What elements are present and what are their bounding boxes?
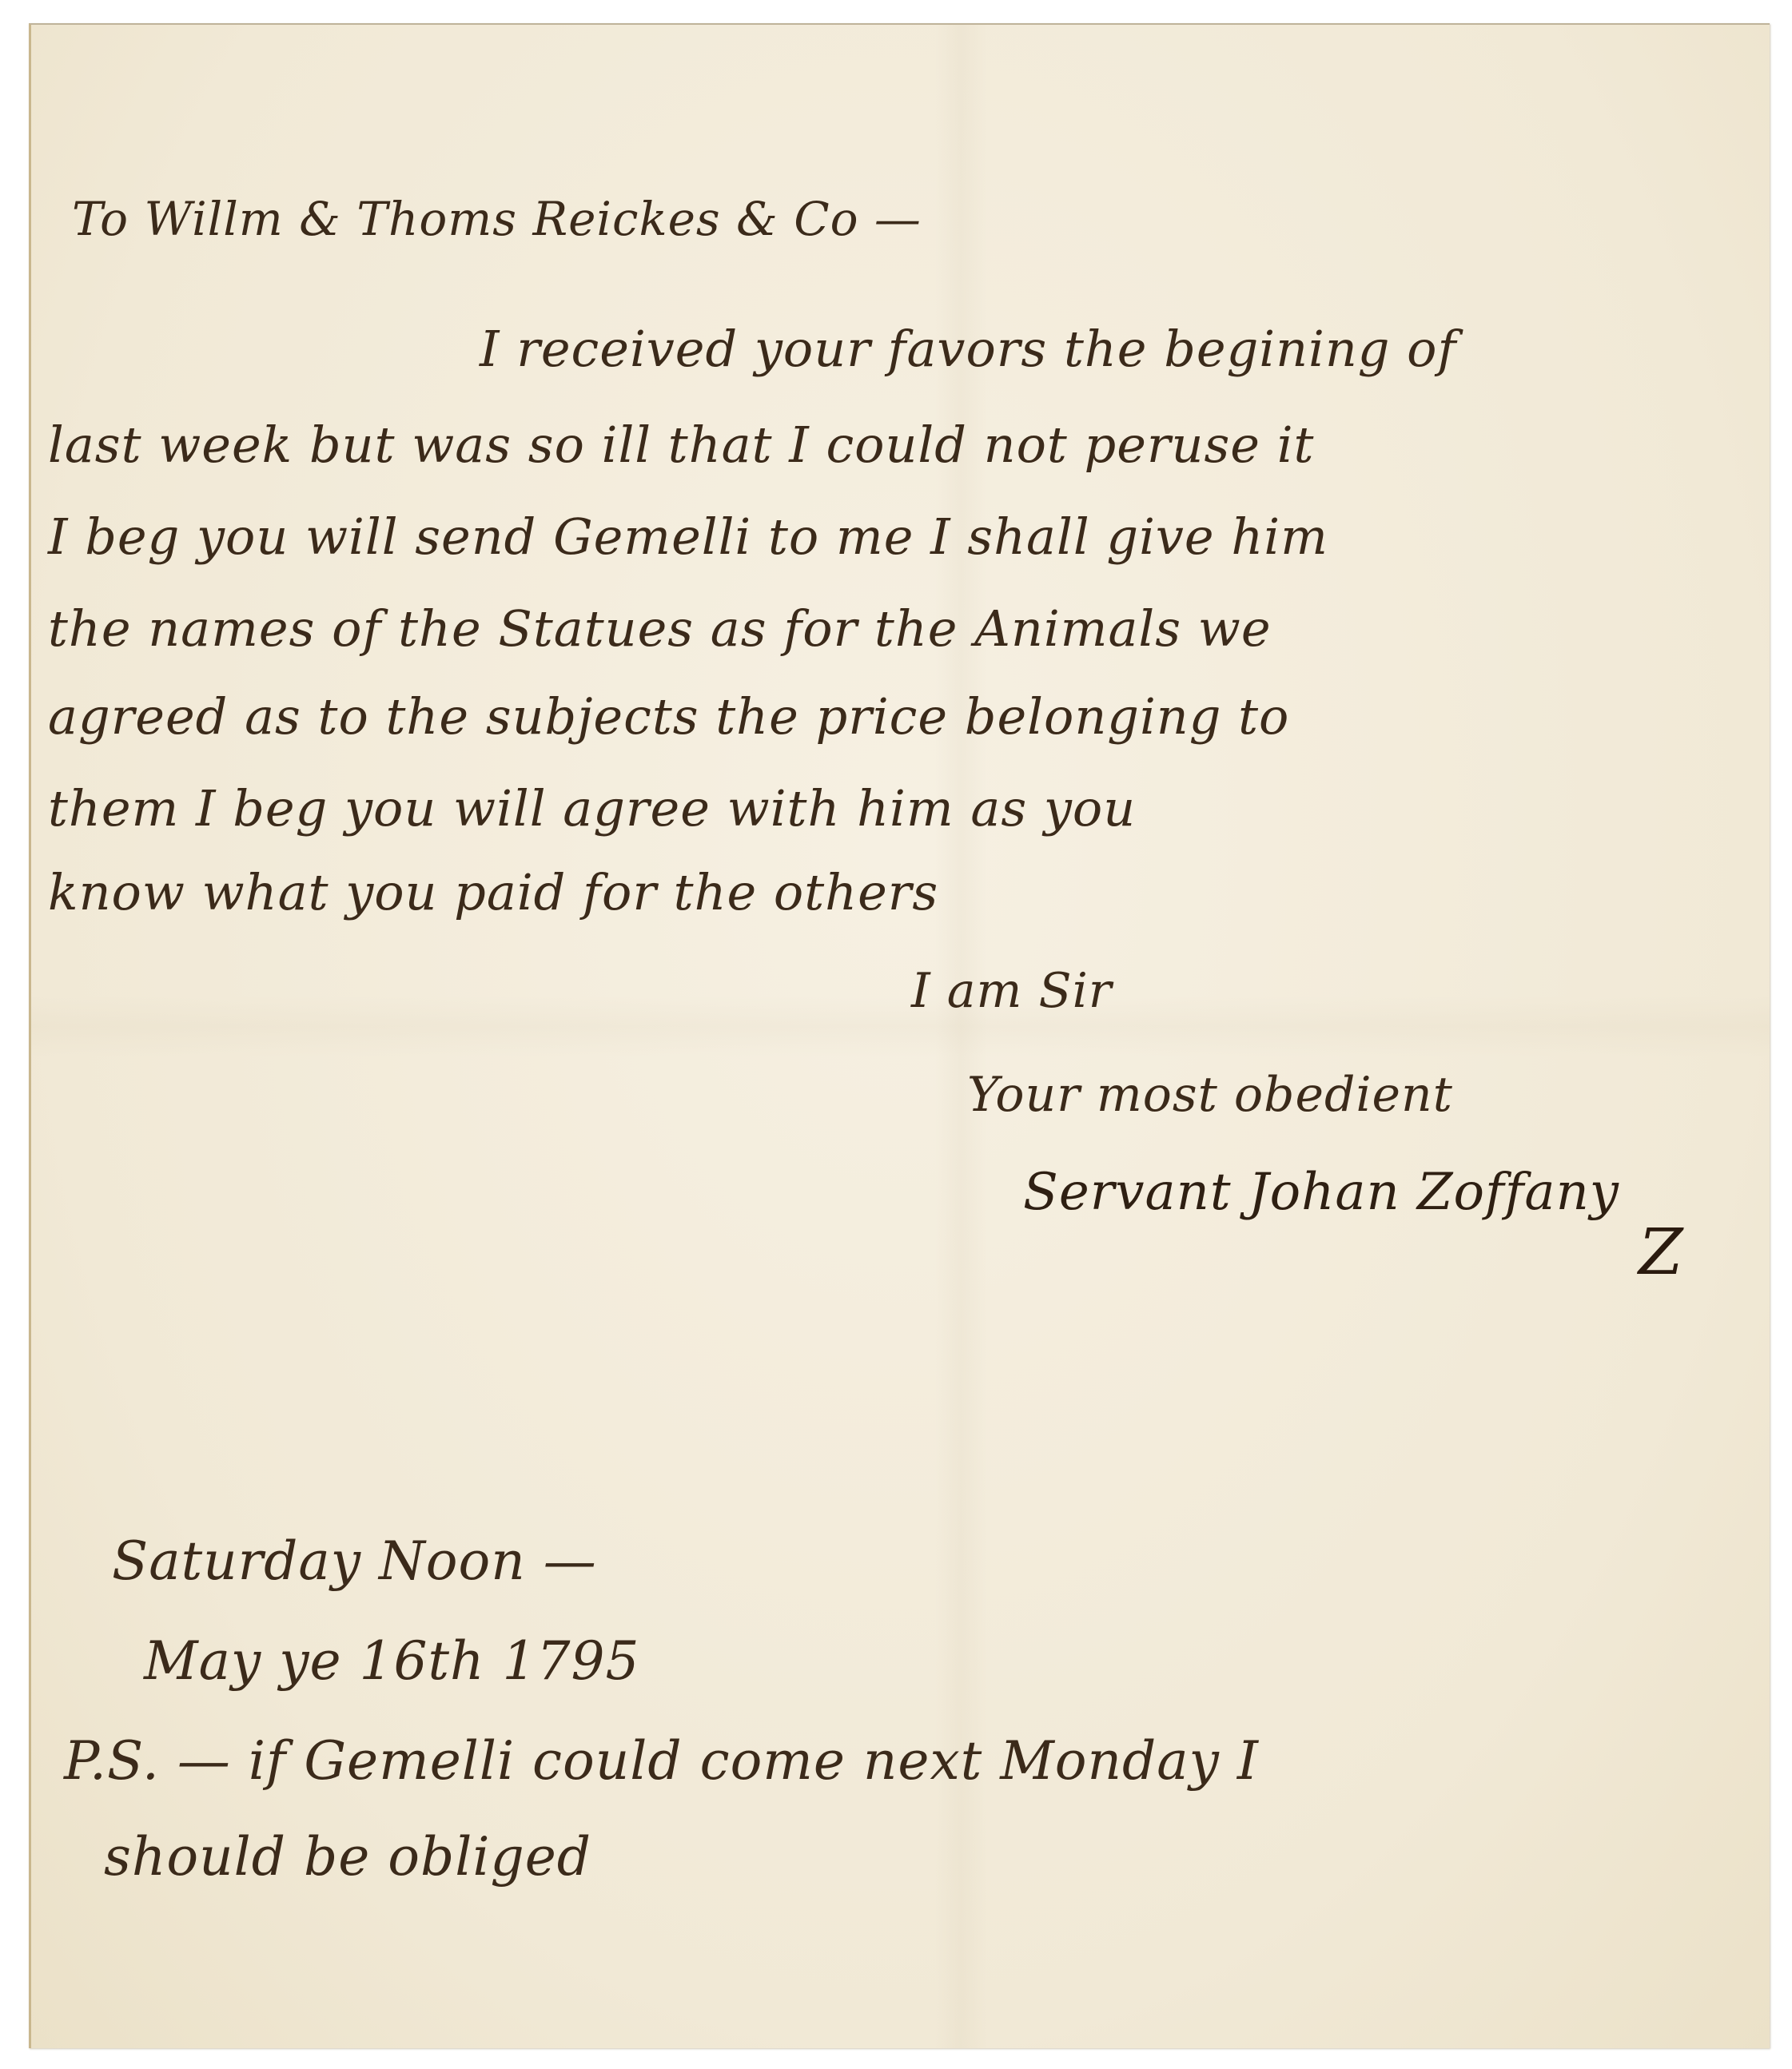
letter-body-line-3: I beg you will send Gemelli to me I shal… [48,507,1328,566]
postscript-line-2: should be obliged [104,1826,591,1888]
letter-body-line-4: the names of the Statues as for the Anim… [48,599,1272,658]
dateline-date: May ye 16th 1795 [144,1630,639,1692]
letter-body-line-6: them I beg you will agree with him as yo… [48,779,1136,838]
dateline-day: Saturday Noon — [112,1530,597,1592]
letter-body-line-7: know what you paid for the others [48,863,938,921]
postscript-line-1: P.S. — if Gemelli could come next Monday… [64,1730,1259,1792]
signature: Servant Johan Zoffany [1023,1163,1619,1222]
letter-salutation: To Willm & Thoms Reickes & Co — [72,192,922,246]
letter-body-line-2: last week but was so ill that I could no… [48,416,1314,474]
letter-body-line-1: I received your favors the begining of [480,320,1456,378]
closing-line-2: Your most obedient [967,1067,1453,1123]
signature-flourish: Z [1639,1215,1683,1289]
closing-line-1: I am Sir [911,963,1113,1019]
letter-body-line-5: agreed as to the subjects the price belo… [48,687,1289,746]
